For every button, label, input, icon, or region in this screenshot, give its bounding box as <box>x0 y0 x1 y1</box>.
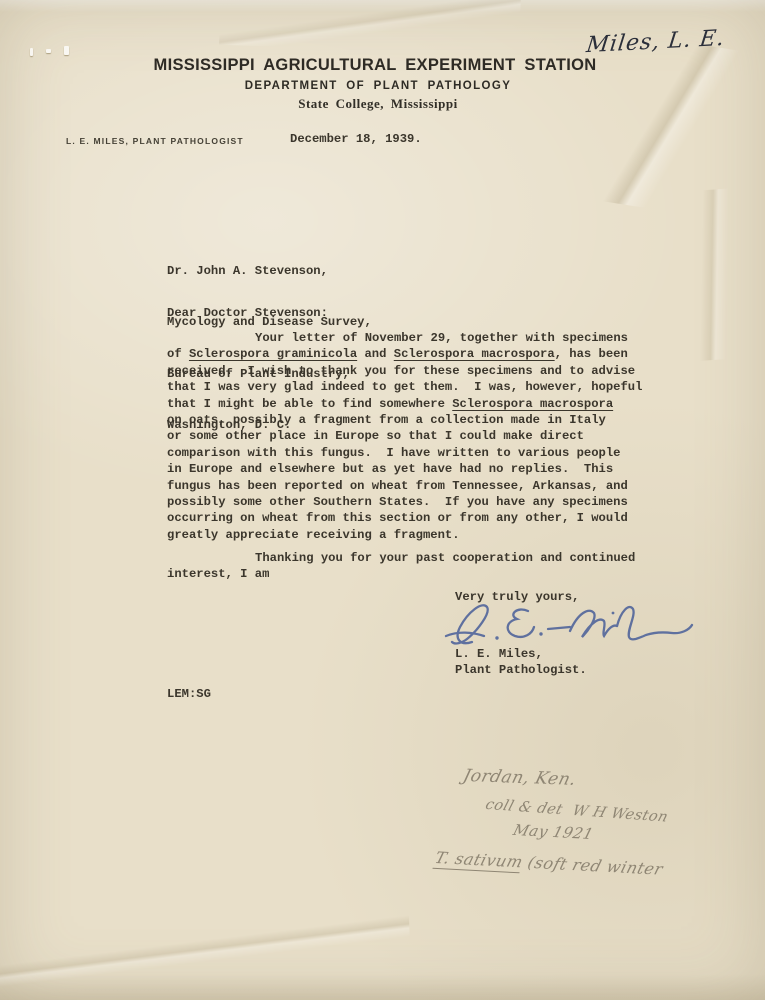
signer-typed-title: Plant Pathologist. <box>455 662 587 678</box>
body-line: or some other place in Europe so that I … <box>167 428 642 444</box>
paper-crease <box>624 185 765 366</box>
paper-crease <box>219 0 521 55</box>
body-line: occurring on wheat from this section or … <box>167 510 642 526</box>
paper-crease <box>0 908 411 993</box>
body-line: possibly some other Southern States. If … <box>167 494 642 510</box>
body-line: Thanking you for your past cooperation a… <box>167 550 642 566</box>
body-line: received. I wish to thank you for these … <box>167 363 642 379</box>
pencil-note-date: May 1921 <box>511 821 595 843</box>
pencil-note-name: Jordan, Ken. <box>461 766 578 790</box>
body-line: fungus has been reported on wheat from T… <box>167 478 642 494</box>
pencil-species-detail: (soft red winter <box>520 853 665 879</box>
pencil-note-collector: coll & det W H Weston <box>483 797 670 825</box>
body-line: on oats, possibly a fragment from a coll… <box>167 412 642 428</box>
body-line: that I was very glad indeed to get them.… <box>167 379 642 395</box>
handwritten-filing-note: Miles, L. E. <box>585 26 726 58</box>
letterhead-location: State College, Mississippi <box>0 96 756 112</box>
body-line: Your letter of November 29, together wit… <box>167 330 642 346</box>
pencil-note-species: T. sativum (soft red winter <box>433 848 665 879</box>
body-line: of Sclerospora graminicola and Sclerospo… <box>167 346 642 362</box>
signature-ink <box>440 598 696 646</box>
salutation: Dear Doctor Stevenson: <box>167 305 328 321</box>
recipient-name: Dr. John A. Stevenson, <box>167 263 372 280</box>
signer-typed-name: L. E. Miles, <box>455 646 543 662</box>
letter-date: December 18, 1939. <box>290 131 422 147</box>
body-line: greatly appreciate receiving a fragment. <box>167 527 642 543</box>
body-line: comparison with this fungus. I have writ… <box>167 445 642 461</box>
letter-body: Your letter of November 29, together wit… <box>167 330 642 583</box>
letterhead-department: DEPARTMENT OF PLANT PATHOLOGY <box>0 80 756 92</box>
body-line: interest, I am <box>167 566 642 582</box>
body-line: in Europe and elsewhere but as yet have … <box>167 461 642 477</box>
body-line: that I might be able to find somewhere S… <box>167 396 642 412</box>
pencil-species-name: T. sativum <box>432 848 525 873</box>
letterhead-station-name: MISSISSIPPI AGRICULTURAL EXPERIMENT STAT… <box>0 56 750 75</box>
letterhead-officer-title: L. E. MILES, PLANT PATHOLOGIST <box>66 136 244 146</box>
reference-initials: LEM:SG <box>167 686 211 702</box>
letter-page: Miles, L. E. MISSISSIPPI AGRICULTURAL EX… <box>0 0 765 1000</box>
